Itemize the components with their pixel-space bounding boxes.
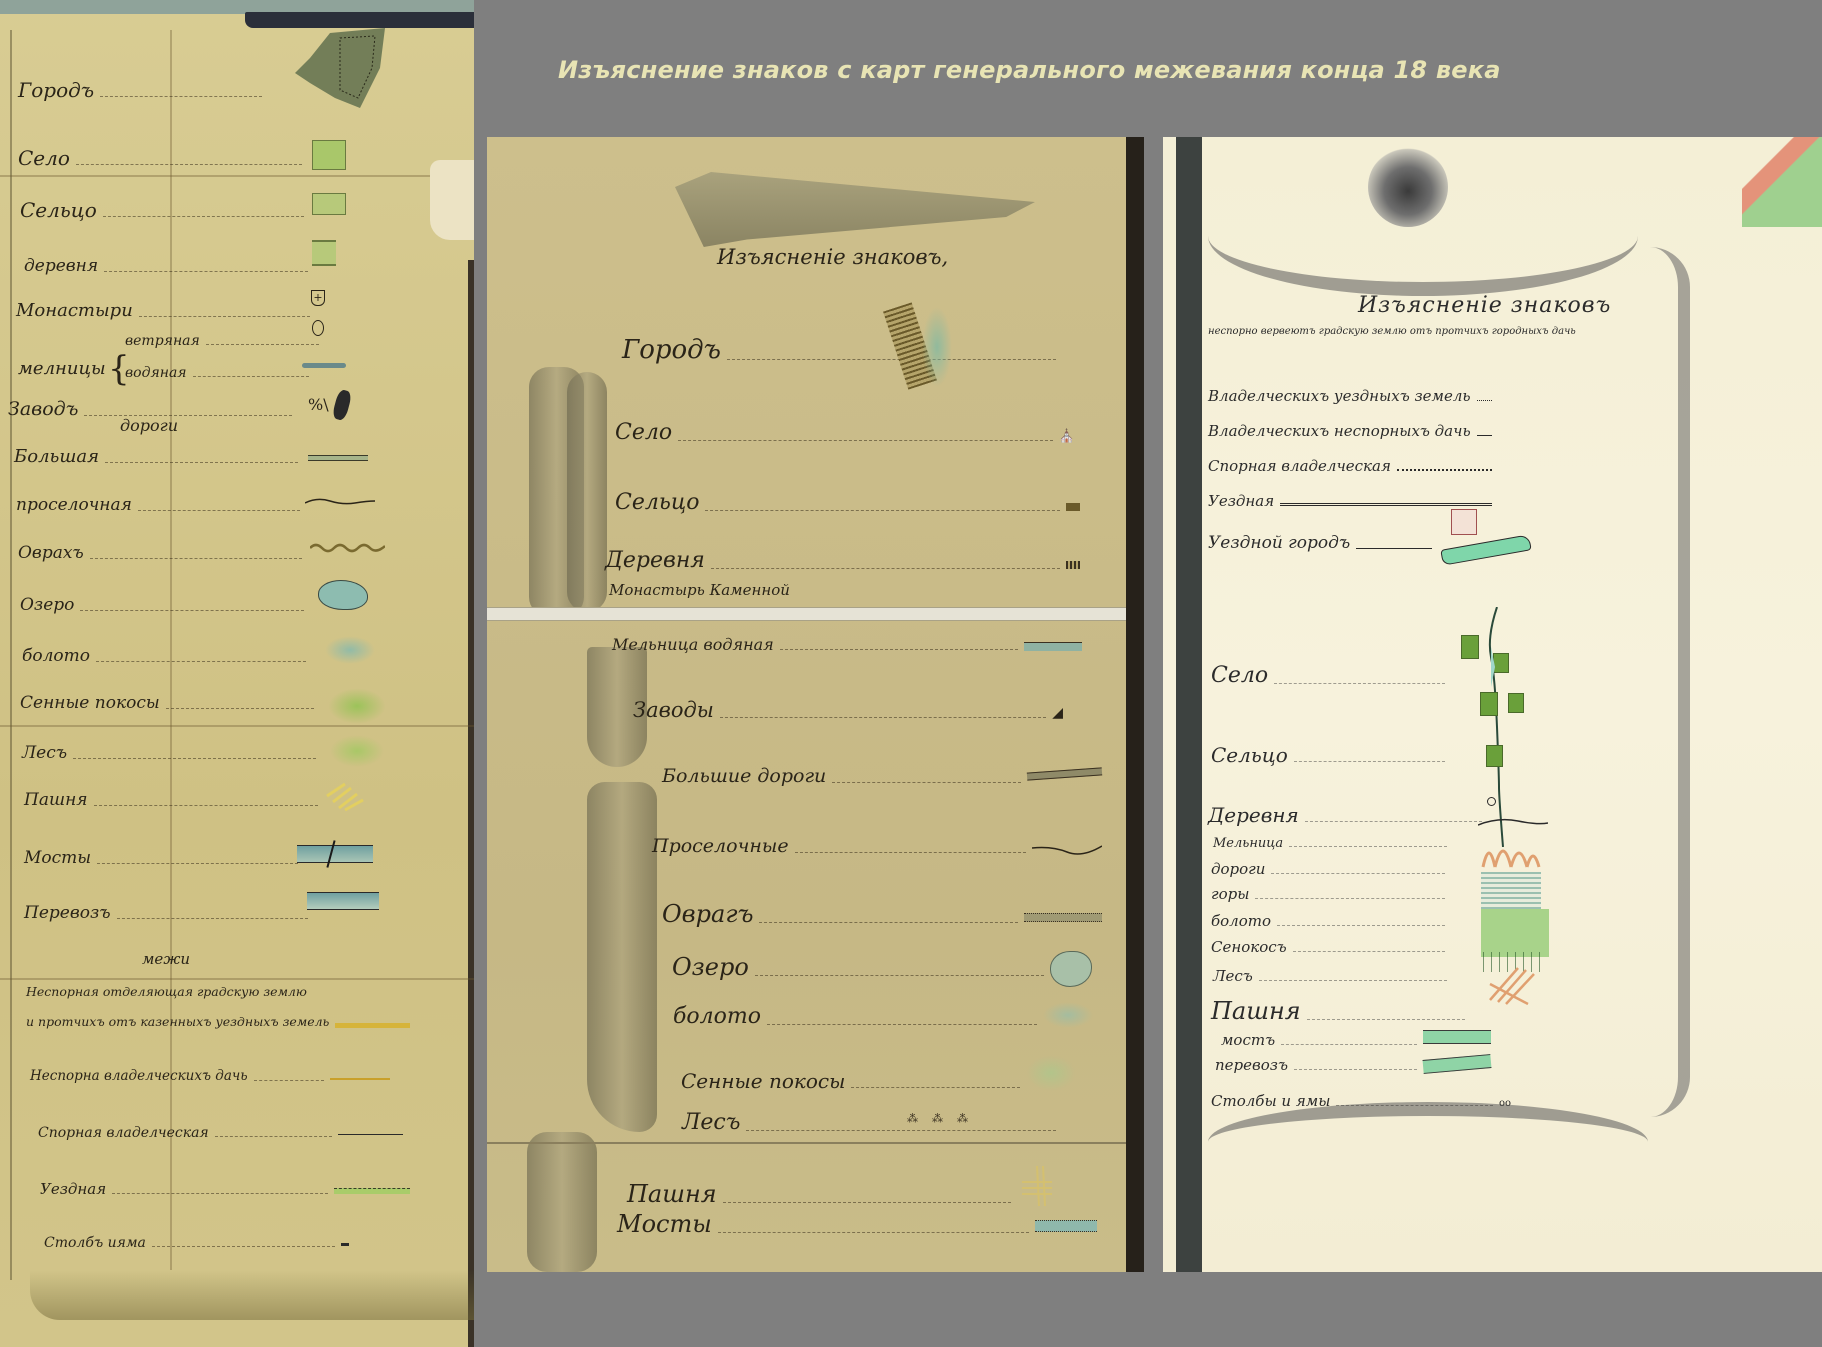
legend-label: Деревня xyxy=(605,550,705,572)
legend-label: Неспорная отделяющая градскую землю xyxy=(26,986,307,999)
legend-row: Пашня xyxy=(1211,999,1471,1023)
legend-label: ветряная xyxy=(125,334,200,348)
ferry-icon xyxy=(307,892,379,910)
legend-row: Оврагъ xyxy=(662,902,1102,926)
legend-label: Пашня xyxy=(1211,999,1301,1023)
legend-row: Перевозъ xyxy=(24,905,314,922)
legend-row: болото xyxy=(22,648,312,665)
legend-label: Озеро xyxy=(672,955,749,979)
country-road-icon xyxy=(305,495,375,509)
legend-row: деревня xyxy=(24,258,314,275)
ink-blot xyxy=(331,389,352,422)
legend-row: Заводы ◢ xyxy=(633,700,1063,721)
legend-label: Сельцо xyxy=(20,200,97,220)
ravine-icon xyxy=(1024,913,1102,922)
plain-line-icon xyxy=(1477,435,1492,436)
legend-label: Деревня xyxy=(1208,805,1299,825)
legend-row: Село xyxy=(1211,665,1451,687)
legend-row: перевозъ xyxy=(1215,1057,1491,1073)
legend-label: Столбъ ияма xyxy=(44,1236,146,1250)
legend-row: Сенные покосы xyxy=(20,695,320,712)
panel-edge xyxy=(468,260,474,1347)
mountains-icon xyxy=(1481,835,1541,869)
paper-tear xyxy=(430,160,474,240)
legend-row: ветряная xyxy=(125,334,325,348)
fold-line xyxy=(487,1142,1126,1144)
watermill-icon xyxy=(1024,642,1082,651)
legend-row: и протчихъ отъ казенныхъ уездныхъ земель xyxy=(26,1016,416,1029)
legend-label: Оврагъ xyxy=(662,902,753,926)
legend-row: Сенные покосы xyxy=(681,1055,1076,1091)
legend-label: Столбы и ямы xyxy=(1211,1094,1330,1109)
legend-row: Уездная xyxy=(1208,494,1498,509)
ravine-icon xyxy=(310,540,385,556)
legend-label: Мосты xyxy=(617,1212,712,1236)
legend-row: горы xyxy=(1211,887,1451,902)
legend-label: Мосты xyxy=(24,850,91,867)
swamp-icon xyxy=(325,636,375,664)
legend-heading: Изъясненіе знаковъ xyxy=(1358,295,1611,317)
legend-label: Большие дороги xyxy=(662,767,826,786)
legend-row: Лесъ xyxy=(1213,969,1453,984)
mill-icon xyxy=(1487,797,1496,806)
legend-row: Владелческихъ уездныхъ земель xyxy=(1208,389,1498,404)
legend-label: перевозъ xyxy=(1215,1058,1288,1073)
legend-row: Мельница xyxy=(1213,837,1453,850)
swamp-icon xyxy=(1043,1002,1093,1028)
plowland-icon xyxy=(1488,960,1543,1005)
legend-label: Монастырь Каменной xyxy=(609,583,790,598)
legend-row: Уездная xyxy=(40,1182,410,1197)
hamlet-river-icon xyxy=(1480,692,1498,716)
legend-row: водяная xyxy=(125,366,315,380)
legend-panel-middle: Изъясненіе знаковъ, Городъ Село ⛪ Сельцо… xyxy=(487,137,1144,1272)
main-road-icon xyxy=(1027,767,1102,780)
village-icon xyxy=(1066,561,1080,569)
factory-icon: ◢ xyxy=(1052,705,1063,721)
river-icon xyxy=(1440,534,1531,565)
yellow-line-icon xyxy=(330,1078,390,1080)
legend-row: Владелческихъ неспорныхъ дачь xyxy=(1208,424,1498,439)
legend-label: Сенные покосы xyxy=(20,695,160,712)
map-fragment xyxy=(1742,137,1822,227)
panel-edge xyxy=(1176,137,1202,1272)
bridge-icon xyxy=(297,845,373,863)
legend-label: Городъ xyxy=(18,80,94,100)
country-road-icon xyxy=(1032,844,1102,856)
legend-label: мостъ xyxy=(1221,1033,1275,1048)
legend-row: Столбъ ияма xyxy=(44,1236,349,1250)
town-plan-icon xyxy=(1451,509,1477,535)
section-heading: дороги xyxy=(120,418,178,434)
church-village-icon: ⛪ xyxy=(1059,429,1075,444)
legend-label: болото xyxy=(1211,914,1271,929)
legend-group-label: мелницы xyxy=(18,360,106,378)
cartouche-frame-right xyxy=(1618,247,1690,1117)
post-dots-icon: oo xyxy=(1499,1098,1511,1109)
legend-label: водяная xyxy=(125,366,187,380)
legend-row: Озеро xyxy=(20,597,310,614)
legend-label: Заводъ xyxy=(8,400,78,419)
legend-label: Уездная xyxy=(1208,494,1274,509)
legend-label: Озеро xyxy=(20,597,74,614)
legend-row: Сенокосъ xyxy=(1211,940,1451,955)
legend-row: дороги xyxy=(1211,862,1451,877)
road-icon xyxy=(1478,817,1548,829)
legend-label: дороги xyxy=(1211,862,1265,877)
hayfield-icon xyxy=(1481,909,1549,957)
legend-row: Мосты xyxy=(617,1212,1097,1236)
legend-row: Городъ xyxy=(18,80,268,100)
city-plan-icon xyxy=(290,28,390,118)
legend-row: Мельница водяная xyxy=(612,637,1082,653)
bridge-icon xyxy=(1423,1030,1491,1044)
legend-label: Лесъ xyxy=(1213,969,1253,984)
green-dotted-line-icon xyxy=(334,1188,410,1194)
legend-row: Пашня xyxy=(627,1162,1057,1206)
legend-row: болото xyxy=(1211,914,1451,929)
legend-row: Спорная владелческая xyxy=(1208,459,1498,474)
legend-label: Сенные покосы xyxy=(681,1071,845,1091)
legend-label: болото xyxy=(673,1006,761,1028)
legend-label: Спорная владелческая xyxy=(38,1126,209,1140)
wavy-line-icon xyxy=(1397,469,1492,471)
legend-row: проселочная xyxy=(16,497,306,514)
legend-label: Пашня xyxy=(24,792,88,809)
legend-row: Спорная владелческая xyxy=(38,1126,403,1140)
page-title: Изъяснение знаков с карт генерального ме… xyxy=(558,56,1501,84)
dark-line-icon xyxy=(338,1134,403,1136)
legend-panel-left: Городъ Село Сельцо деревня + Монастыри м… xyxy=(0,0,474,1347)
legend-label: и протчихъ отъ казенныхъ уездныхъ земель xyxy=(26,1016,329,1029)
legend-row: Большие дороги xyxy=(662,767,1102,786)
cartouche-shell-ornament xyxy=(1368,147,1448,227)
legend-row: Деревня xyxy=(1208,805,1488,825)
panel-edge xyxy=(1126,137,1144,1272)
legend-row: Лесъ xyxy=(682,1112,1062,1134)
scroll-border xyxy=(10,30,12,1280)
legend-label: Сенокосъ xyxy=(1211,940,1287,955)
legend-label: Проселочные xyxy=(652,837,789,856)
legend-label: Лесъ xyxy=(682,1112,740,1134)
village-green-block-icon xyxy=(312,140,346,170)
hayfield-icon xyxy=(1026,1055,1076,1091)
legend-row: Пашня xyxy=(24,792,324,809)
fold-line xyxy=(487,607,1126,621)
legend-subheading: неспорно вервеютъ градскую землю отъ про… xyxy=(1208,327,1576,337)
crease xyxy=(0,175,474,177)
legend-row: Столбы и ямы oo xyxy=(1211,1094,1511,1109)
legend-row: Монастырь Каменной xyxy=(609,583,809,598)
legend-label: Село xyxy=(1211,665,1268,687)
legend-row: Озеро xyxy=(672,951,1092,979)
post-dots-icon xyxy=(341,1243,349,1246)
legend-label: Село xyxy=(615,422,672,444)
legend-row: мостъ xyxy=(1221,1030,1491,1048)
legend-label: горы xyxy=(1211,887,1249,902)
hamlet-icon xyxy=(1066,503,1080,511)
legend-label: Село xyxy=(18,148,70,168)
legend-label: Пашня xyxy=(627,1182,717,1206)
legend-label: Мельница xyxy=(1213,837,1283,850)
legend-label: Мельница водяная xyxy=(612,637,774,653)
factory-icon: %\ xyxy=(308,395,329,414)
yellow-dotted-line-icon xyxy=(335,1023,410,1028)
legend-row: Деревня xyxy=(605,550,1080,572)
bridge-icon xyxy=(1035,1220,1097,1232)
legend-label: Сельцо xyxy=(615,492,699,514)
crease xyxy=(0,725,474,727)
legend-label: Владелческихъ уездныхъ земель xyxy=(1208,389,1471,404)
legend-row: Большая xyxy=(14,448,304,466)
legend-row: Монастыри xyxy=(16,302,316,320)
plowland-icon xyxy=(1017,1162,1057,1206)
legend-label: Уездная xyxy=(40,1182,106,1197)
legend-row: Сельцо xyxy=(615,492,1080,514)
legend-row: Мосты xyxy=(24,850,304,867)
legend-label: Монастыри xyxy=(16,302,133,320)
legend-label: Сельцо xyxy=(1211,745,1288,765)
legend-label: Оврахъ xyxy=(18,545,84,562)
legend-row: Село xyxy=(18,148,308,168)
legend-panel-right: Изъясненіе знаковъ неспорно вервеютъ гра… xyxy=(1163,137,1822,1272)
legend-row: Оврахъ xyxy=(18,545,308,562)
plowland-icon xyxy=(325,780,365,814)
legend-label: Лесъ xyxy=(22,745,67,762)
ferry-icon xyxy=(1423,1054,1492,1074)
hayfield-icon xyxy=(328,688,386,724)
legend-label: Перевозъ xyxy=(24,905,111,922)
legend-row: Сельцо xyxy=(20,200,310,220)
swamp-icon xyxy=(1481,872,1541,912)
legend-label: проселочная xyxy=(16,497,132,514)
lake-icon xyxy=(1050,951,1092,987)
legend-row: болото xyxy=(673,1002,1093,1028)
legend-label: Спорная владелческая xyxy=(1208,459,1391,474)
legend-heading: Изъясненіе знаковъ, xyxy=(717,247,948,268)
legend-label: Заводы xyxy=(633,700,714,721)
ticked-line-icon xyxy=(1280,503,1492,506)
legend-label: Владелческихъ неспорныхъ дачь xyxy=(1208,424,1471,439)
village-block-icon xyxy=(312,240,336,266)
legend-label: Городъ xyxy=(622,337,721,363)
section-heading: межи xyxy=(142,952,190,967)
main-road-icon xyxy=(308,455,368,461)
legend-label: болото xyxy=(22,648,90,665)
torn-edge xyxy=(245,12,474,28)
legend-row: Неспорна владелческихъ дачь xyxy=(30,1070,390,1084)
forest-icon xyxy=(330,735,384,767)
legend-label: Неспорна владелческихъ дачь xyxy=(30,1070,248,1084)
cartouche-frame-bottom xyxy=(1208,1102,1648,1196)
village-green-icon xyxy=(1486,745,1503,767)
legend-row: Лесъ xyxy=(22,745,322,762)
lake-icon xyxy=(318,580,368,610)
scroll-banner xyxy=(675,172,1035,247)
scroll-curl xyxy=(30,1270,474,1320)
dotted-line-icon xyxy=(1477,400,1492,401)
legend-label: Уездной городъ xyxy=(1208,535,1350,552)
legend-row: Село ⛪ xyxy=(615,422,1075,444)
legend-row: Уездной городъ xyxy=(1208,535,1438,552)
legend-row: Городъ xyxy=(622,337,1062,363)
legend-row: Проселочные xyxy=(652,837,1102,856)
watermill-icon xyxy=(302,363,346,368)
legend-label: деревня xyxy=(24,258,98,275)
legend-label: Большая xyxy=(14,448,99,466)
legend-row: Сельцо xyxy=(1211,745,1451,765)
hamlet-block-icon xyxy=(312,193,346,215)
